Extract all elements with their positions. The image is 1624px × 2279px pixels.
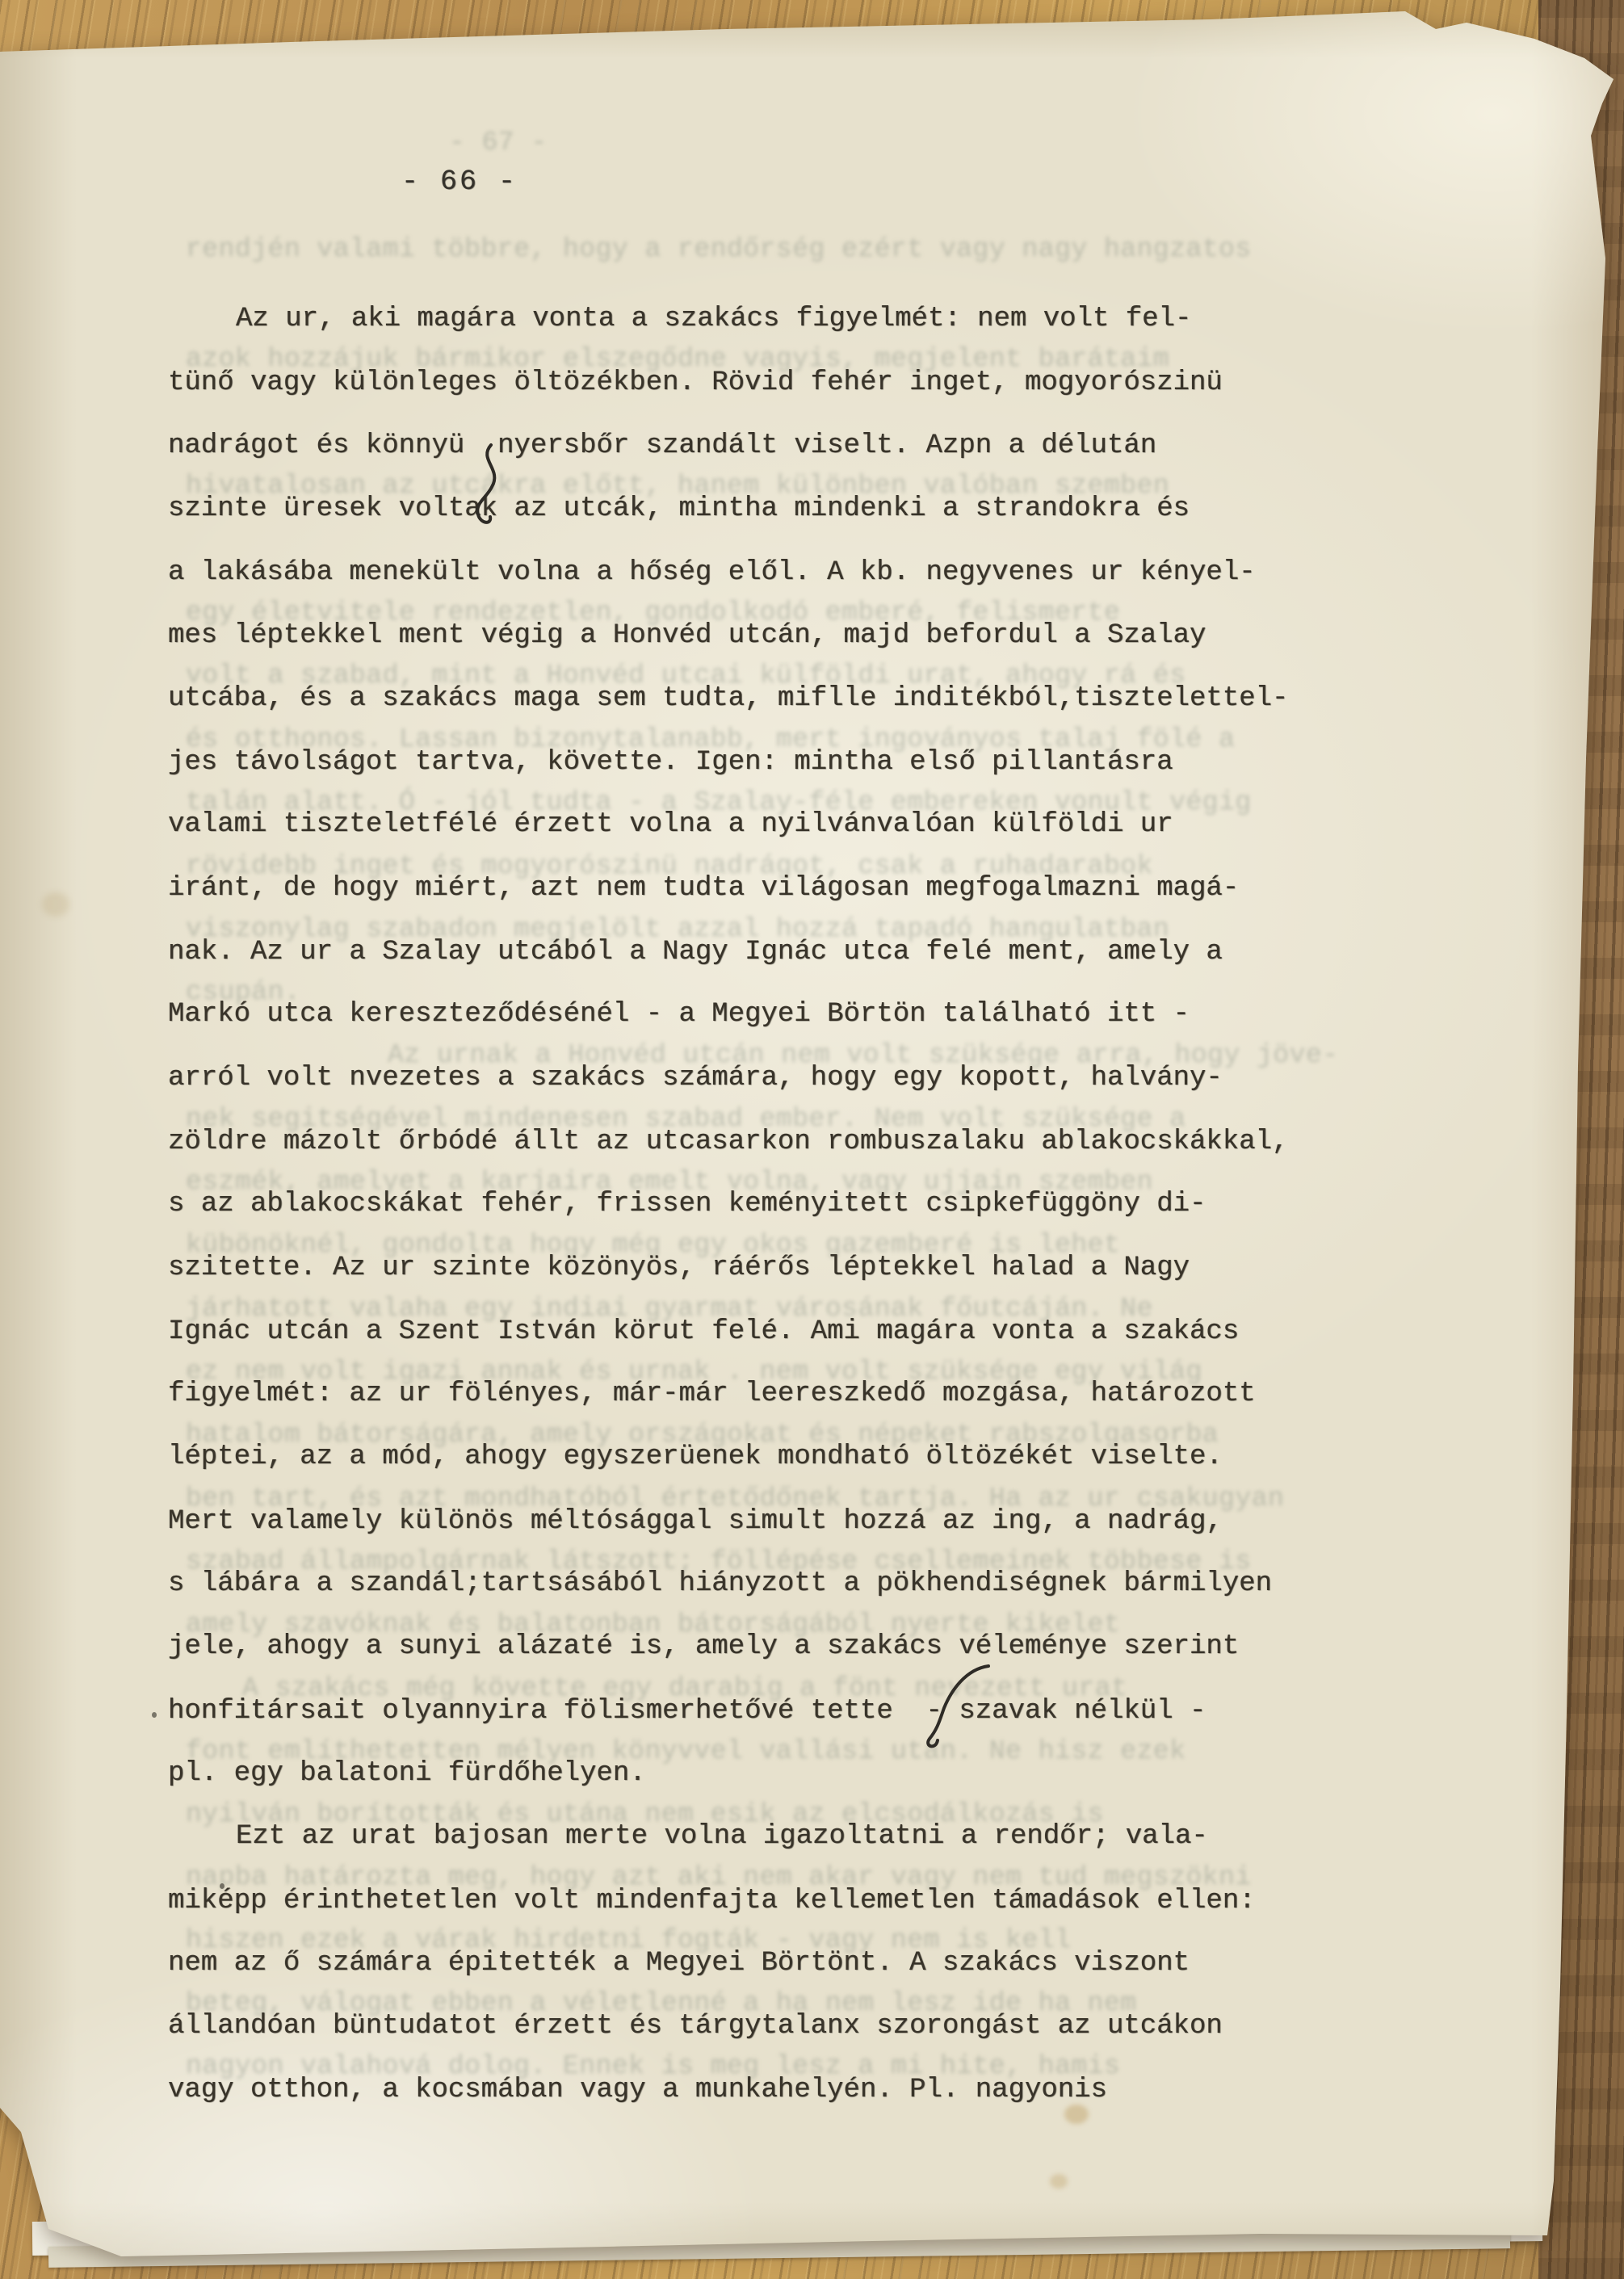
- text-line: nadrágot és könnyü nyersbőr szandált vis…: [168, 432, 1156, 460]
- text-line: Markó utca kereszteződésénél - a Megyei …: [168, 1001, 1190, 1028]
- ink-speck: [152, 1712, 157, 1718]
- handwritten-correction-mark: [467, 440, 509, 531]
- text-line: szinte üresek voltak az utcák, mintha mi…: [168, 495, 1190, 523]
- text-line: a lakásába menekült volna a hőség elől. …: [168, 559, 1256, 586]
- paper-stain: [1064, 2105, 1089, 2124]
- text-line: honfitársait olyannyira fölismerhetővé t…: [168, 1698, 1206, 1725]
- text-line: jele, ahogy a sunyi alázaté is, amely a …: [168, 1633, 1239, 1660]
- text-line: nak. Az ur a Szalay utcából a Nagy Ignác…: [168, 938, 1223, 966]
- handwritten-correction-mark: [919, 1660, 997, 1753]
- text-line: utcába, és a szakács maga sem tudta, mif…: [168, 685, 1288, 712]
- typewritten-page: - 67 -rendjén valami többre, hogy a rend…: [0, 0, 1624, 2279]
- text-line: figyelmét: az ur fölényes, már-már leere…: [168, 1380, 1256, 1408]
- text-line: tünő vagy különleges öltözékben. Rövid f…: [168, 369, 1223, 397]
- text-line: arról volt nvezetes a szakács számára, h…: [168, 1064, 1223, 1092]
- text-line: zöldre mázolt őrbódé állt az utcasarkon …: [168, 1128, 1288, 1156]
- photo-scene: - 67 -rendjén valami többre, hogy a rend…: [0, 0, 1624, 2279]
- text-line: Mert valamely különös méltósággal simult…: [168, 1508, 1223, 1535]
- text-block: Az ur, aki magára vonta a szakács figyel…: [0, 0, 1624, 2279]
- text-line: Ezt az urat bajosan merte volna igazolta…: [236, 1823, 1208, 1850]
- text-line: valami tiszteletfélé érzett volna a nyil…: [168, 811, 1173, 838]
- text-line: s az ablakocskákat fehér, frissen kemény…: [168, 1190, 1206, 1218]
- paper-stain: [42, 892, 69, 917]
- text-line: jes távolságot tartva, követte. Igen: mi…: [168, 749, 1173, 776]
- ink-speck: [220, 1883, 225, 1889]
- text-line: iránt, de hogy miért, azt nem tudta vilá…: [168, 875, 1239, 902]
- text-line: nem az ő számára épitették a Megyei Bört…: [168, 1950, 1190, 1977]
- text-line: mes léptekkel ment végig a Honvéd utcán,…: [168, 622, 1206, 649]
- text-line: s lábára a szandál;tartsásából hiányzott…: [168, 1570, 1272, 1597]
- text-line: állandóan büntudatot érzett és tárgytala…: [168, 2012, 1223, 2040]
- text-line: szitette. Az ur szinte közönyös, ráérős …: [168, 1254, 1190, 1282]
- paper-shadow-wrap: - 67 -rendjén valami többre, hogy a rend…: [0, 0, 1624, 2279]
- paper-stain: [1050, 2174, 1068, 2189]
- text-line: miképp érinthetetlen volt mindenfajta ke…: [168, 1887, 1256, 1915]
- text-line: Az ur, aki magára vonta a szakács figyel…: [236, 305, 1191, 333]
- text-line: Ignác utcán a Szent István körut felé. A…: [168, 1318, 1239, 1345]
- text-line: vagy otthon, a kocsmában vagy a munkahel…: [168, 2076, 1107, 2104]
- text-line: pl. egy balatoni fürdőhelyen.: [168, 1760, 646, 1787]
- text-line: léptei, az a mód, ahogy egyszerüenek mon…: [168, 1443, 1223, 1471]
